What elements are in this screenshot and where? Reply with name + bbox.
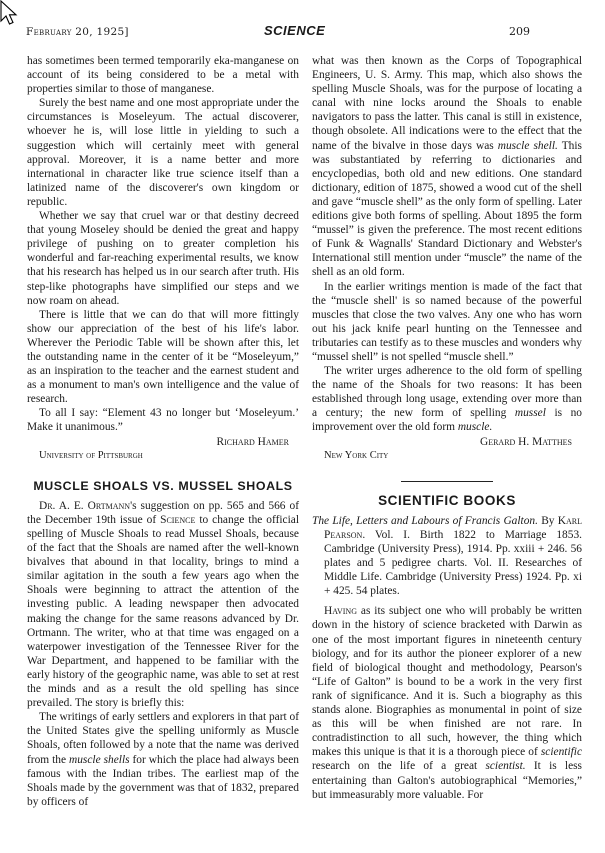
- paragraph: has sometimes been termed temporarily ek…: [27, 54, 299, 96]
- mouse-cursor-icon: [0, 0, 22, 28]
- paragraph: There is little that we can do that will…: [27, 308, 299, 407]
- paragraph: The writer urges adherence to the old fo…: [312, 364, 582, 434]
- paragraph: Whether we say that cruel war or that de…: [27, 209, 299, 308]
- paragraph: what was then known as the Corps of Topo…: [312, 54, 582, 280]
- section-divider: [401, 481, 493, 482]
- paragraph: Dr. A. E. Ortmann's suggestion on pp. 56…: [27, 499, 299, 710]
- paragraph: Having as its subject one who will proba…: [312, 604, 582, 801]
- author-affiliation: New York City: [312, 449, 582, 463]
- article-heading: MUSCLE SHOALS VS. MUSSEL SHOALS: [27, 479, 299, 493]
- right-column: what was then known as the Corps of Topo…: [312, 54, 582, 802]
- author-name: Dr. A. E. Ortmann: [39, 500, 130, 512]
- journal-ref: Science: [160, 514, 195, 526]
- paragraph: To all I say: “Element 43 no longer but …: [27, 406, 299, 434]
- paragraph: Surely the best name and one most approp…: [27, 96, 299, 209]
- author-signature: Gerard H. Matthes: [312, 435, 582, 449]
- left-column: has sometimes been termed temporarily ek…: [27, 54, 299, 809]
- author-signature: Richard Hamer: [27, 435, 299, 449]
- book-title: The Life, Letters and Labours of Francis…: [312, 515, 538, 527]
- page-number: 209: [509, 25, 530, 38]
- journal-title: SCIENCE: [264, 23, 325, 38]
- paragraph: In the earlier writings mention is made …: [312, 280, 582, 365]
- issue-date: February 20, 1925]: [26, 26, 129, 38]
- section-heading: SCIENTIFIC BOOKS: [312, 494, 582, 508]
- book-citation: The Life, Letters and Labours of Francis…: [312, 514, 582, 599]
- paragraph: The writings of early settlers and explo…: [27, 710, 299, 809]
- author-affiliation: University of Pittsburgh: [27, 449, 299, 463]
- running-head: February 20, 1925] SCIENCE 209: [26, 24, 505, 40]
